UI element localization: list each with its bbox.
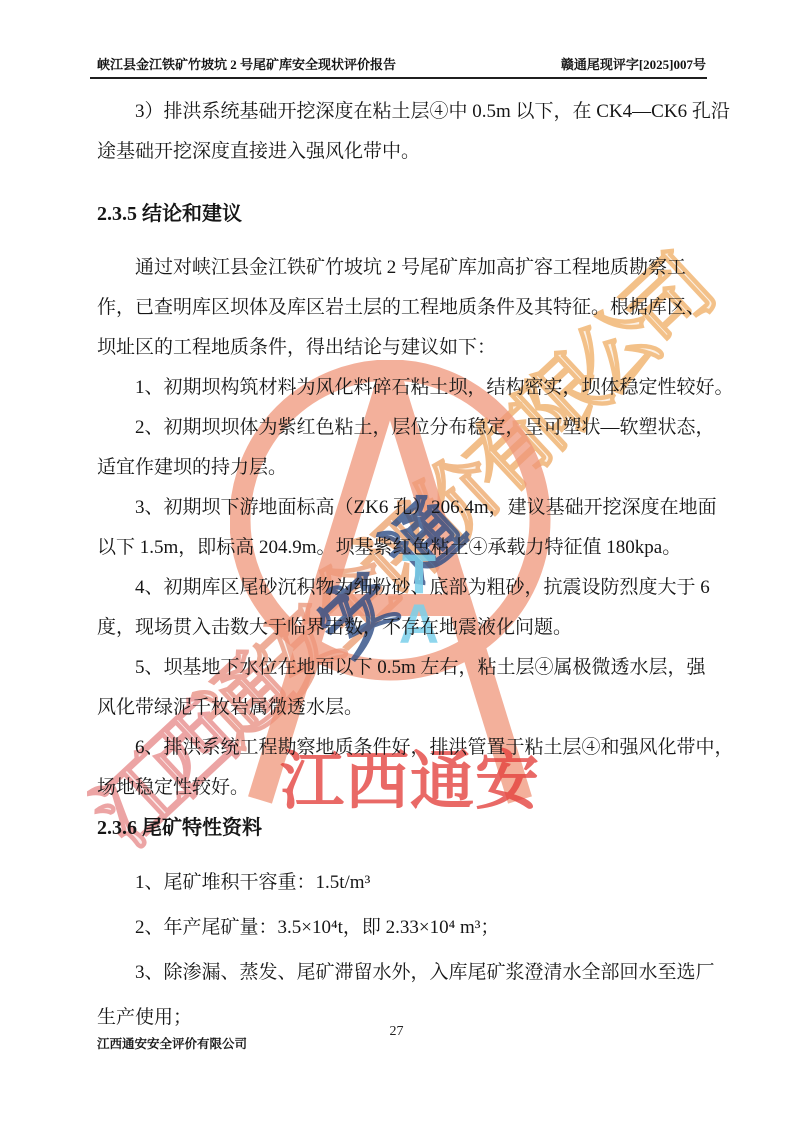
- body-line: 6、排洪系统工程勘察地质条件好，排洪管置于粘土层④和强风化带中，: [97, 728, 706, 768]
- body-line: 以下 1.5m，即标高 204.9m。坝基紫红色粘土④承载力特征值 180kpa…: [97, 528, 706, 568]
- body-line: 坝址区的工程地质条件，得出结论与建议如下：: [97, 328, 706, 368]
- body-line: 3）排洪系统基础开挖深度在粘土层④中 0.5m 以下，在 CK4—CK6 孔沿: [97, 92, 706, 132]
- body-line: 1、尾矿堆积干容重：1.5t/m³: [97, 860, 706, 905]
- body-line: 适宜作建坝的持力层。: [97, 448, 706, 488]
- page-body: 3）排洪系统基础开挖深度在粘土层④中 0.5m 以下，在 CK4—CK6 孔沿途…: [97, 92, 706, 1040]
- body-line: 1、初期坝构筑材料为风化料碎石粘土坝，结构密实，坝体稳定性较好。: [97, 368, 706, 408]
- body-line: 5、坝基地下水位在地面以下 0.5m 左右，粘土层④属极微透水层，强: [97, 648, 706, 688]
- body-line: 3、除渗漏、蒸发、尾矿滞留水外，入库尾矿浆澄清水全部回水至选厂: [97, 950, 706, 995]
- body-line: 通过对峡江县金江铁矿竹坡坑 2 号尾矿库加高扩容工程地质勘察工: [97, 248, 706, 288]
- body-line: 度，现场贯入击数大于临界击数，不存在地震液化问题。: [97, 608, 706, 648]
- body-line: 4、初期库区尾砂沉积物为细粉砂、底部为粗砂，抗震设防烈度大于 6: [97, 568, 706, 608]
- footer-company: 江西通安安全评价有限公司: [97, 1034, 247, 1052]
- body-line: 作，已查明库区坝体及库区岩土层的工程地质条件及其特征。根据库区、: [97, 288, 706, 328]
- section-heading: 2.3.6 尾矿特性资料: [97, 808, 706, 848]
- document-page: 江西通安全评价有限公司 通安 TA 江西通安 峡江县金江铁矿竹坡坑 2 号尾矿库…: [0, 0, 793, 1122]
- body-line: 途基础开挖深度直接进入强风化带中。: [97, 132, 706, 172]
- body-line: 风化带绿泥千枚岩属微透水层。: [97, 688, 706, 728]
- body-line: 2、年产尾矿量：3.5×10⁴t，即 2.33×10⁴ m³；: [97, 905, 706, 950]
- body-line: 场地稳定性较好。: [97, 768, 706, 808]
- body-line: 3、初期坝下游地面标高（ZK6 孔）206.4m，建议基础开挖深度在地面: [97, 488, 706, 528]
- body-line: 2、初期坝坝体为紫红色粘土，层位分布稳定，呈可塑状—软塑状态，: [97, 408, 706, 448]
- section-heading: 2.3.5 结论和建议: [97, 194, 706, 234]
